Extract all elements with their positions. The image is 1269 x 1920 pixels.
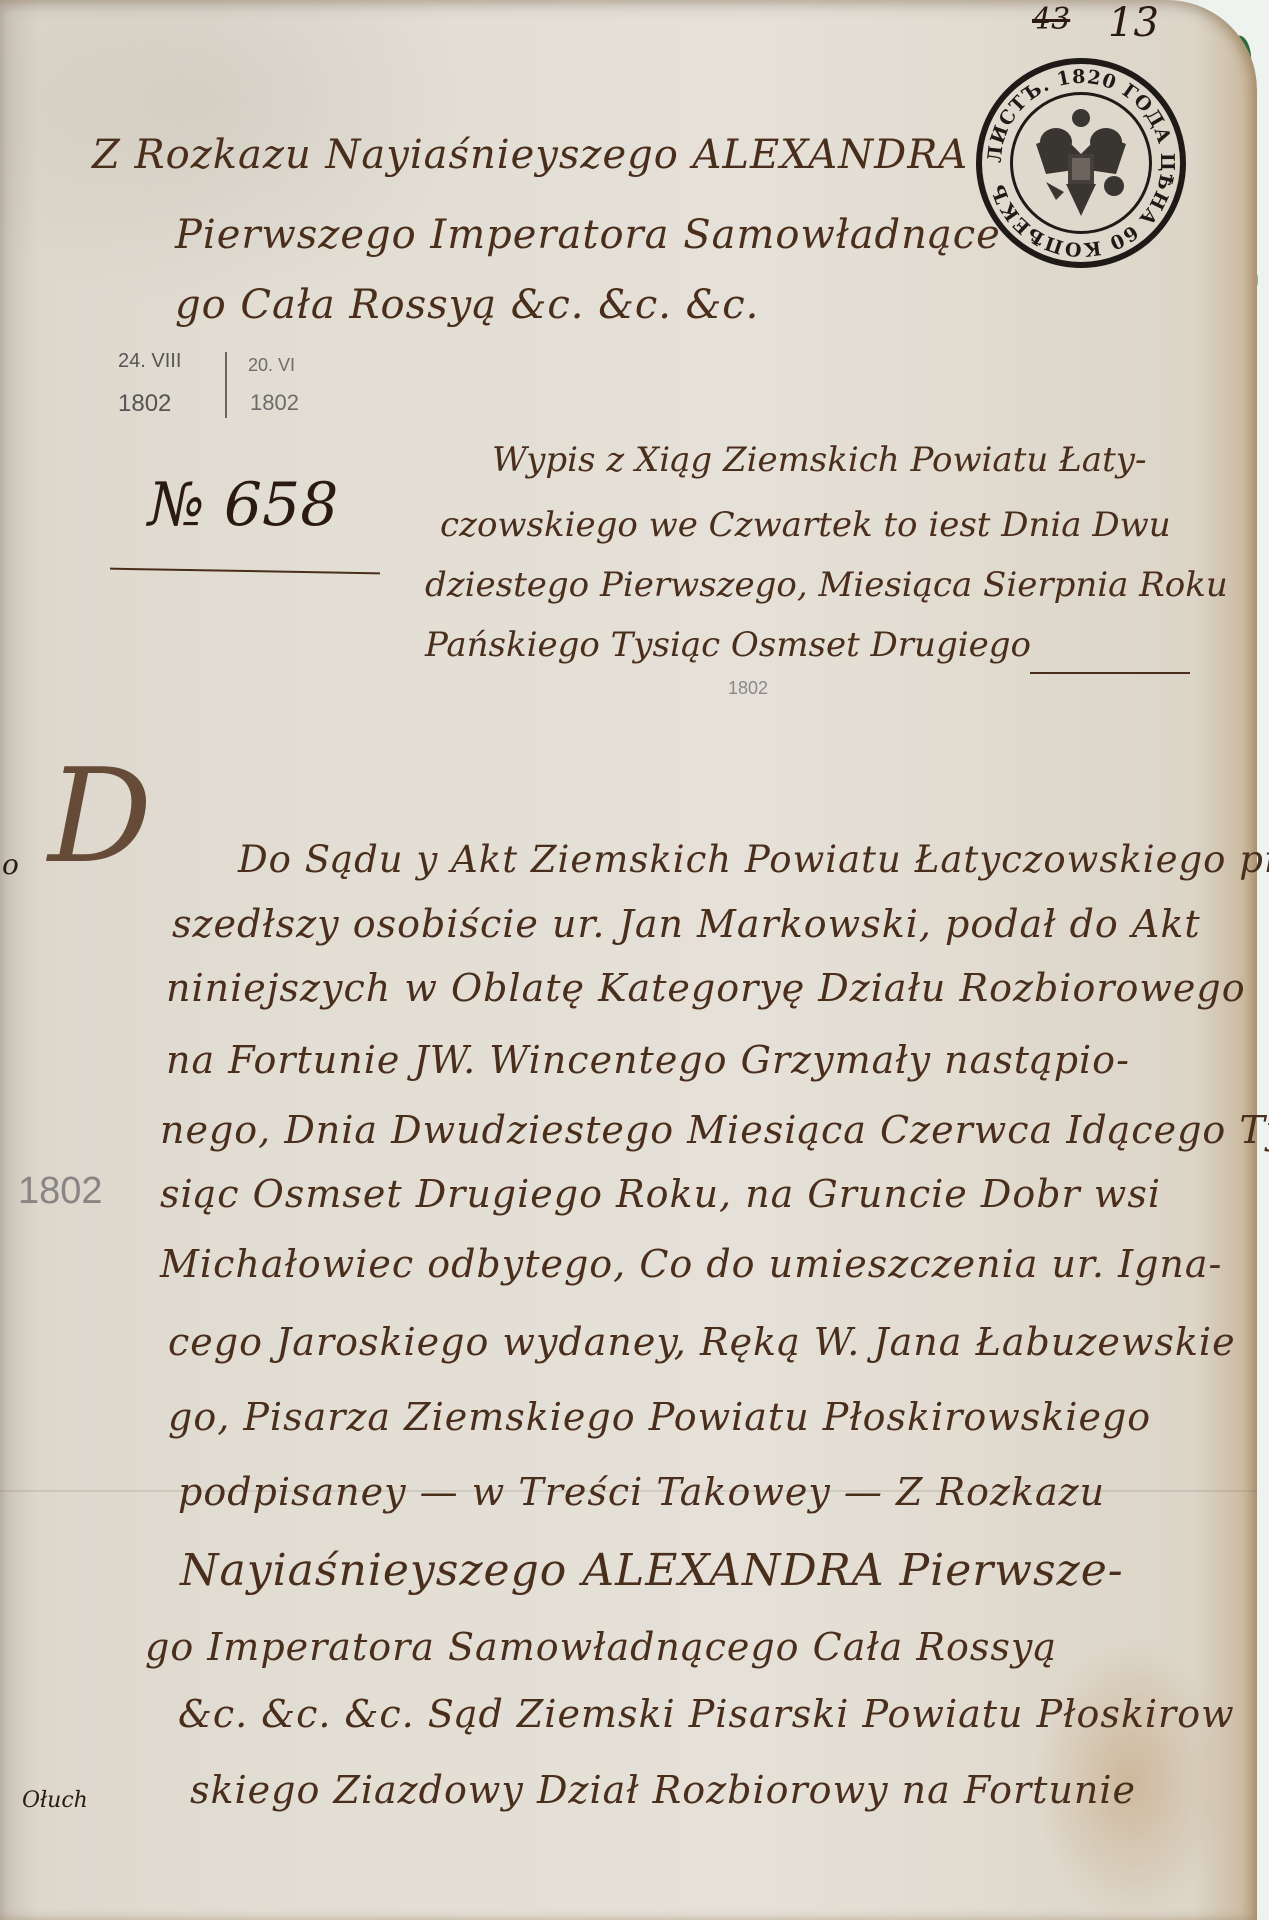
- title-end-flourish: [1030, 672, 1190, 674]
- margin-mark: o: [2, 848, 19, 881]
- pencil-divider: [225, 352, 227, 418]
- pencil-year-under-title: 1802: [728, 678, 768, 699]
- body-line-4: na Fortunie JW. Wincentego Grzymały nast…: [166, 1038, 1130, 1082]
- number-underline: [110, 568, 380, 575]
- pencil-date-right-daymonth: 20. VI: [248, 355, 295, 376]
- page-number: 13: [1108, 0, 1159, 46]
- body-line-5: nego, Dnia Dwudziestego Miesiąca Czerwca…: [160, 1108, 1269, 1152]
- body-line-14: skiego Ziazdowy Dział Rozbiorowy na Fort…: [190, 1768, 1136, 1812]
- extract-title-line-4: Pańskiego Tysiąc Osmset Drugiego: [425, 625, 1031, 665]
- body-line-7: Michałowiec odbytego, Co do umieszczenia…: [160, 1242, 1222, 1286]
- double-headed-eagle-icon: [1026, 104, 1136, 224]
- revenue-stamp: ЛИСТЪ. 1820 ГОДА ЦѢНА 60 КОПѢЕКЪ: [976, 58, 1186, 268]
- margin-signature: Ołuch: [22, 1788, 88, 1813]
- body-line-8: cego Jaroskiego wydaney, Ręką W. Jana Ła…: [168, 1320, 1236, 1364]
- pencil-date-left-daymonth: 24. VIII: [118, 350, 181, 373]
- extract-title-line-1: Wypis z Xiąg Ziemskich Powiatu Łaty-: [492, 440, 1146, 480]
- body-line-9: go, Pisarza Ziemskiego Powiatu Płoskirow…: [168, 1395, 1151, 1439]
- heading-line-2: Pierwszego Imperatora Samowładnące: [175, 212, 1001, 258]
- crossed-page-number: 43: [1032, 2, 1070, 37]
- heading-line-1: Z Rozkazu Nayiaśnieyszego ALEXANDRA: [92, 132, 968, 178]
- pencil-date-right-year: 1802: [250, 390, 299, 416]
- body-line-12: go Imperatora Samowładnącego Cała Rossyą: [145, 1625, 1057, 1669]
- body-line-6: siąc Osmset Drugiego Roku, na Gruncie Do…: [160, 1172, 1161, 1216]
- body-line-1: Do Sądu y Akt Ziemskich Powiatu Łatyczow…: [238, 838, 1269, 881]
- document-number: № 658: [148, 470, 338, 540]
- heading-line-3: go Cała Rossyą &c. &c. &c.: [175, 282, 759, 328]
- margin-pencil-year: 1802: [18, 1170, 103, 1213]
- body-line-3: niniejszych w Oblatę Kategoryę Działu Ro…: [166, 966, 1246, 1010]
- extract-title-line-3: dziestego Pierwszego, Miesiąca Sierpnia …: [425, 565, 1228, 605]
- extract-title-line-2: czowskiego we Czwartek to iest Dnia Dwu: [440, 505, 1171, 545]
- decorative-initial-D: D: [48, 740, 152, 892]
- pencil-date-left-year: 1802: [118, 390, 171, 418]
- body-line-11: Nayiaśnieyszego ALEXANDRA Pierwsze-: [180, 1545, 1124, 1596]
- body-line-13: &c. &c. &c. Sąd Ziemski Pisarski Powiatu…: [178, 1692, 1235, 1736]
- document-page: 43 13 ЛИСТЪ. 1820 ГОДА ЦѢНА 60 КОПѢЕКЪ: [0, 0, 1257, 1920]
- body-line-10: podpisaney — w Treści Takowey — Z Rozkaz…: [178, 1470, 1105, 1514]
- body-line-2: szedłszy osobiście ur. Jan Markowski, po…: [172, 902, 1201, 946]
